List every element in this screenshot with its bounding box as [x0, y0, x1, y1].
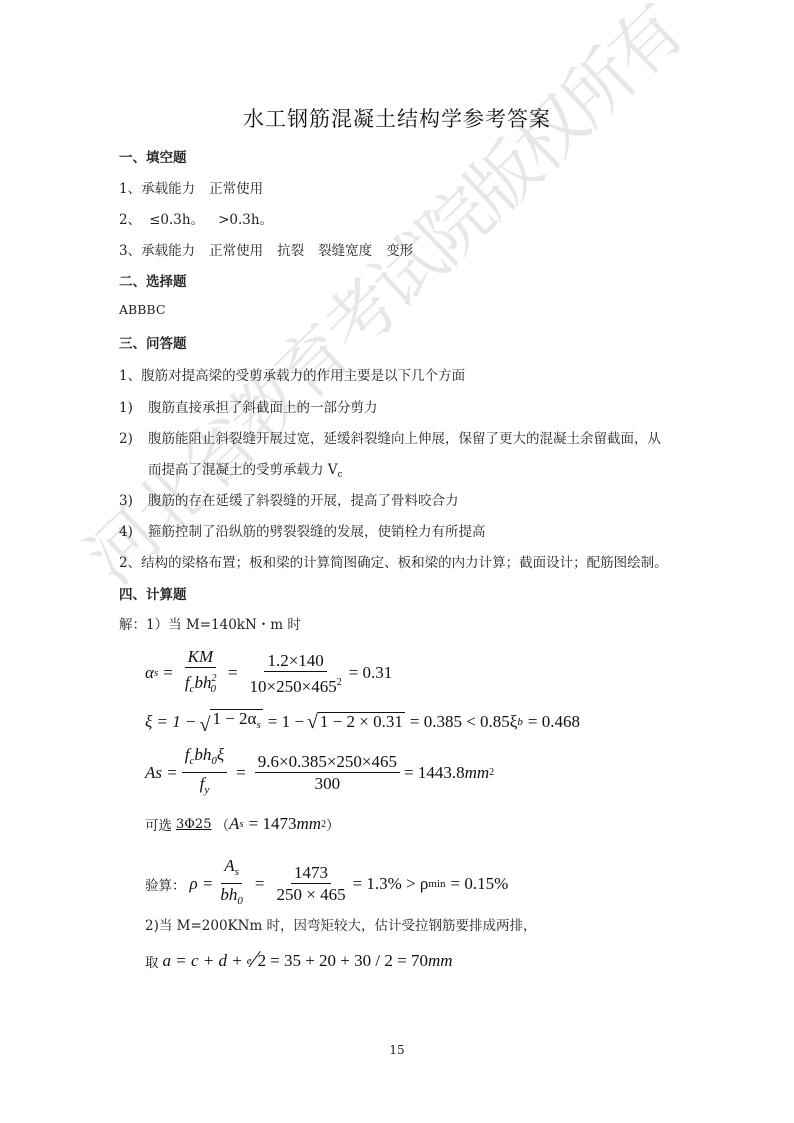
result: = 1443.8: [404, 763, 465, 783]
denominator: fcbh20: [182, 668, 219, 699]
answer-part: 承载能力: [141, 243, 195, 259]
point-4: 4)箍筋控制了沿纵筋的劈裂裂缝的发展，使销栓力有所提高: [119, 520, 486, 540]
section-heading-short-answer: 三、问答题: [119, 332, 187, 352]
label: 验算：: [145, 874, 186, 894]
answer-part: 变形: [386, 243, 413, 259]
label: 取: [145, 951, 159, 971]
math-symbol: ρ =: [190, 874, 214, 894]
point-2: 2)腹筋能阻止斜裂缝开展过宽，延缓斜裂缝向上伸展，保留了更大的混凝土余留截面，从: [119, 427, 661, 447]
result: = 0.31: [349, 663, 393, 683]
result: = 0.15%: [451, 874, 509, 894]
subscript: c: [338, 470, 343, 480]
square-root: √1 − 2 × 0.31: [307, 712, 405, 731]
denominator: bh0: [217, 884, 246, 911]
math-symbol: As =: [145, 763, 178, 783]
point-number: 3): [119, 493, 148, 509]
point-3: 3)腹筋的存在延缓了斜裂缝的开展，提高了骨料咬合力: [119, 489, 459, 509]
point-number: 2): [119, 431, 148, 447]
result: = 35 + 20 + 30 / 2 = 70: [270, 951, 428, 971]
reinforcement-ratio-check: 验算： ρ = As bh0 = 1473 250 × 465 = 1.3% >…: [145, 856, 508, 911]
answer-part: >0.3h。: [218, 212, 273, 228]
result: = 1.3% > ρ: [353, 874, 429, 894]
slash-fraction: e∕2: [247, 947, 266, 974]
label: 可选: [145, 814, 172, 834]
answer-part: ≤0.3h。: [149, 212, 204, 228]
point-2-continued: 而提高了混凝土的受剪承载力 Vc: [148, 458, 343, 480]
question-2-answer: 2、结构的梁格布置；板和梁的计算简图确定、板和梁的内力计算；截面设计；配筋图绘制…: [119, 551, 668, 571]
fraction: 9.6×0.385×250×465 300: [255, 752, 400, 793]
result: = 0.385 < 0.85ξ: [410, 712, 518, 732]
equation-alpha-s: αs = KM fcbh20 = 1.2×140 10×250×4652 = 0…: [145, 647, 392, 699]
answer-line-2: 2、≤0.3h。>0.3h。: [119, 208, 273, 228]
rebar-spec: 3Φ25: [176, 817, 211, 832]
answer-line-3: 3、承载能力正常使用抗裂裂缝宽度变形: [119, 239, 413, 259]
denominator: 250 × 465: [273, 884, 348, 904]
math-subscript: s: [154, 667, 158, 679]
point-text: 腹筋直接承担了斜截面上的一部分剪力: [148, 400, 378, 416]
equation-a: 取 a = c + d + e∕2 = 35 + 20 + 30 / 2 = 7…: [145, 947, 453, 974]
choice-answers: ABBBC: [119, 302, 165, 317]
denominator: fy: [197, 773, 213, 800]
item-number: 2、: [119, 212, 141, 228]
answer-part: 抗裂: [277, 243, 304, 259]
math-subscript: b: [517, 716, 523, 728]
point-number: 4): [119, 524, 148, 540]
result: = 0.468: [528, 712, 580, 732]
math-symbol: α: [145, 663, 154, 683]
item-number: 3、: [119, 243, 141, 259]
page-number: 15: [0, 1043, 794, 1057]
answer-part: 裂缝宽度: [318, 243, 372, 259]
solution-intro: 解：1）当 M=140kN・m 时: [119, 613, 301, 633]
fraction: KM fcbh20: [182, 647, 219, 699]
case-2-intro: 2)当 M=200KNm 时，因弯矩较大，估计受拉钢筋要排成两排，: [145, 914, 537, 934]
point-number: 1): [119, 400, 148, 416]
section-heading-multiple-choice: 二、选择题: [119, 270, 187, 290]
document-page: 河北省教育考试院版权所有 水工钢筋混凝土结构学参考答案 一、填空题 1、承载能力…: [0, 0, 794, 1123]
math-expression: = 1 −: [268, 712, 304, 732]
square-root: √1 − 2αs: [199, 709, 262, 734]
numerator: 9.6×0.385×250×465: [255, 752, 400, 773]
numerator: 1473: [291, 863, 331, 884]
answer-line-1: 1、承载能力正常使用: [119, 177, 263, 197]
fraction: fcbh0ξ fy: [182, 745, 227, 800]
numerator: 1.2×140: [264, 651, 326, 672]
point-1: 1)腹筋直接承担了斜截面上的一部分剪力: [119, 396, 378, 416]
numerator: As: [221, 856, 242, 884]
answer-part: 正常使用: [209, 181, 263, 197]
math-expression: ξ = 1 −: [145, 712, 196, 732]
numerator: fcbh0ξ: [182, 745, 227, 773]
fraction: As bh0: [217, 856, 246, 911]
numerator: KM: [185, 647, 217, 668]
math-expression: a = c + d +: [163, 951, 243, 971]
item-number: 1、: [119, 181, 141, 197]
point-text: 箍筋控制了沿纵筋的劈裂裂缝的发展，使销栓力有所提高: [148, 524, 486, 540]
point-text: 腹筋的存在延缓了斜裂缝的开展，提高了骨料咬合力: [148, 493, 459, 509]
denominator: 300: [312, 773, 344, 793]
fraction: 1473 250 × 465: [273, 863, 348, 904]
point-text: 而提高了混凝土的受剪承载力 V: [148, 462, 338, 478]
answer-part: 承载能力: [141, 181, 195, 197]
equation-as: As = fcbh0ξ fy = 9.6×0.385×250×465 300 =…: [145, 745, 494, 800]
answer-part: 正常使用: [209, 243, 263, 259]
question-1-intro: 1、腹筋对提高梁的受剪承载力的作用主要是以下几个方面: [119, 364, 465, 384]
point-text: 腹筋能阻止斜裂缝开展过宽，延缓斜裂缝向上伸展，保留了更大的混凝土余留截面，从: [148, 431, 661, 447]
fraction: 1.2×140 10×250×4652: [247, 651, 345, 696]
rebar-choice: 可选 3Φ25 （ As = 1473mm2 ）: [145, 814, 344, 834]
document-title: 水工钢筋混凝土结构学参考答案: [0, 103, 794, 133]
denominator: 10×250×4652: [247, 672, 345, 696]
section-heading-fill-blank: 一、填空题: [119, 146, 187, 166]
equation-xi: ξ = 1 − √1 − 2αs = 1 − √1 − 2 × 0.31 = 0…: [145, 709, 580, 734]
section-heading-calculation: 四、计算题: [119, 583, 187, 603]
